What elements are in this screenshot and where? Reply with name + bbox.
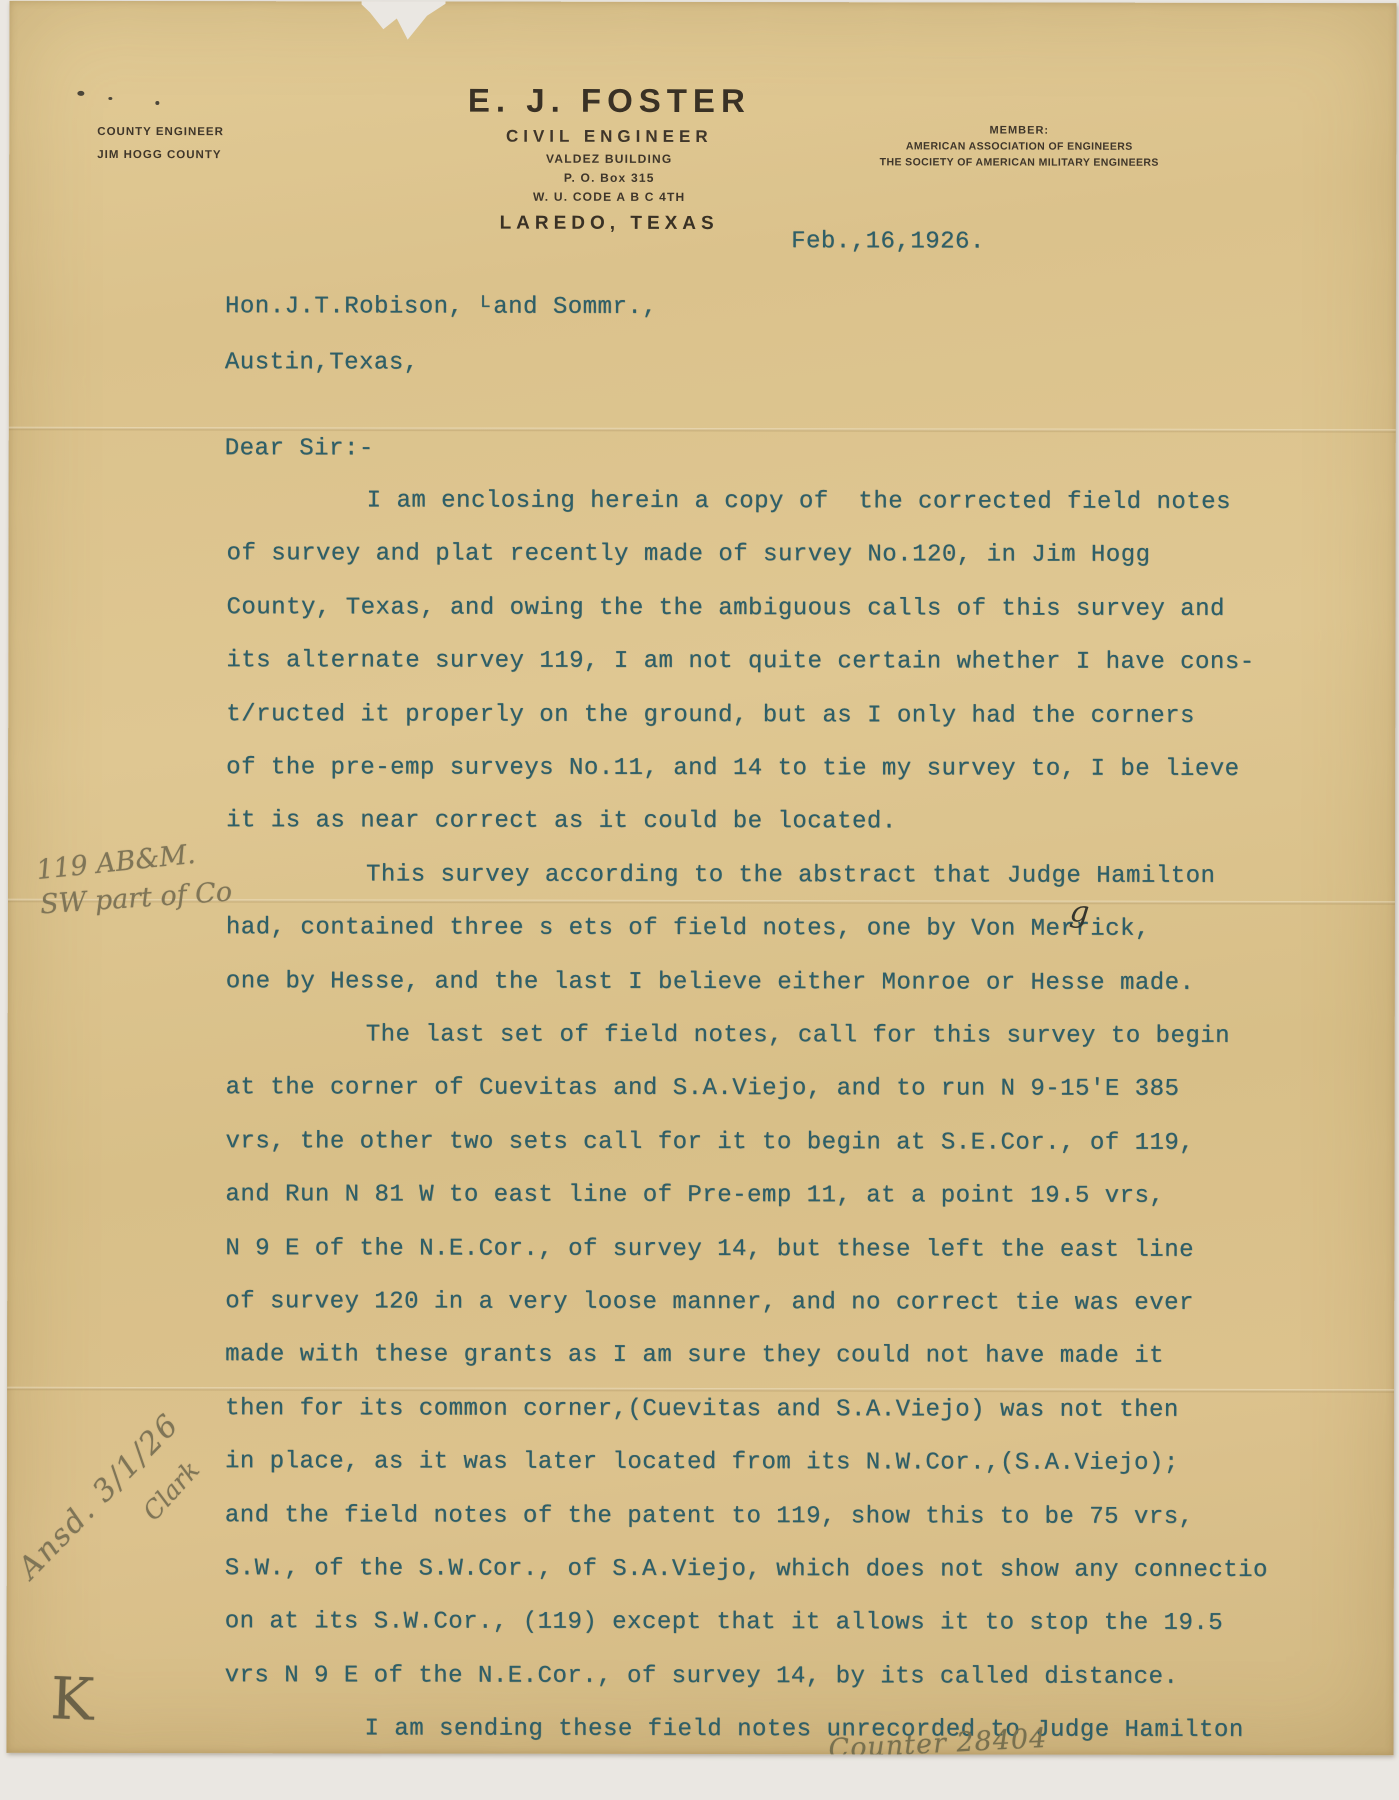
typed-line: vrs N 9 E of the N.E.Cor., of survey 14,… <box>225 1662 1179 1691</box>
typed-line: and the field notes of the patent to 119… <box>225 1502 1194 1531</box>
typed-line: had, contained three s ets of field note… <box>226 914 1150 943</box>
handwritten-correction: g <box>1068 894 1091 931</box>
filing-mark: K <box>49 1664 95 1734</box>
typed-line: t/ructed it properly on the ground, but … <box>226 701 1195 730</box>
typed-line: on at its S.W.Cor., (119) except that it… <box>225 1609 1224 1638</box>
typed-line: County, Texas, and owing the the ambiguo… <box>226 594 1225 623</box>
typed-line: then for its common corner,(Cuevitas and… <box>225 1395 1179 1424</box>
typed-line: The last set of field notes, call for th… <box>366 1021 1230 1050</box>
typed-line: and Run N 81 W to east line of Pre-emp 1… <box>225 1181 1164 1210</box>
typed-line: N 9 E of the N.E.Cor., of survey 14, but… <box>225 1235 1194 1264</box>
typed-line: of survey 120 in a very loose manner, an… <box>225 1288 1194 1317</box>
typed-line: of the pre-emp surveys No.11, and 14 to … <box>226 754 1239 783</box>
typed-line: vrs, the other two sets call for it to b… <box>226 1128 1195 1157</box>
typed-line: I am enclosing herein a copy of the corr… <box>367 487 1231 516</box>
typed-line: This survey according to the abstract th… <box>366 861 1215 889</box>
typed-line: in place, as it was later located from i… <box>225 1448 1179 1477</box>
typed-line: its alternate survey 119, I am not quite… <box>226 647 1254 676</box>
typed-line: at the corner of Cuevitas and S.A.Viejo,… <box>226 1075 1180 1104</box>
scanner-background: COUNTY ENGINEER JIM HOGG COUNTY E. J. FO… <box>0 0 1399 1800</box>
letter-paper: COUNTY ENGINEER JIM HOGG COUNTY E. J. FO… <box>6 1 1396 1755</box>
typed-line: I am sending these field notes unrecorde… <box>364 1716 1243 1745</box>
typed-line: one by Hesse, and the last I believe eit… <box>226 968 1195 997</box>
typed-line: it is as near correct as it could be loc… <box>226 808 897 836</box>
typed-line: S.W., of the S.W.Cor., of S.A.Viejo, whi… <box>225 1555 1268 1584</box>
typed-line: of survey and plat recently made of surv… <box>227 541 1151 570</box>
typed-line: made with these grants as I am sure they… <box>225 1342 1164 1371</box>
